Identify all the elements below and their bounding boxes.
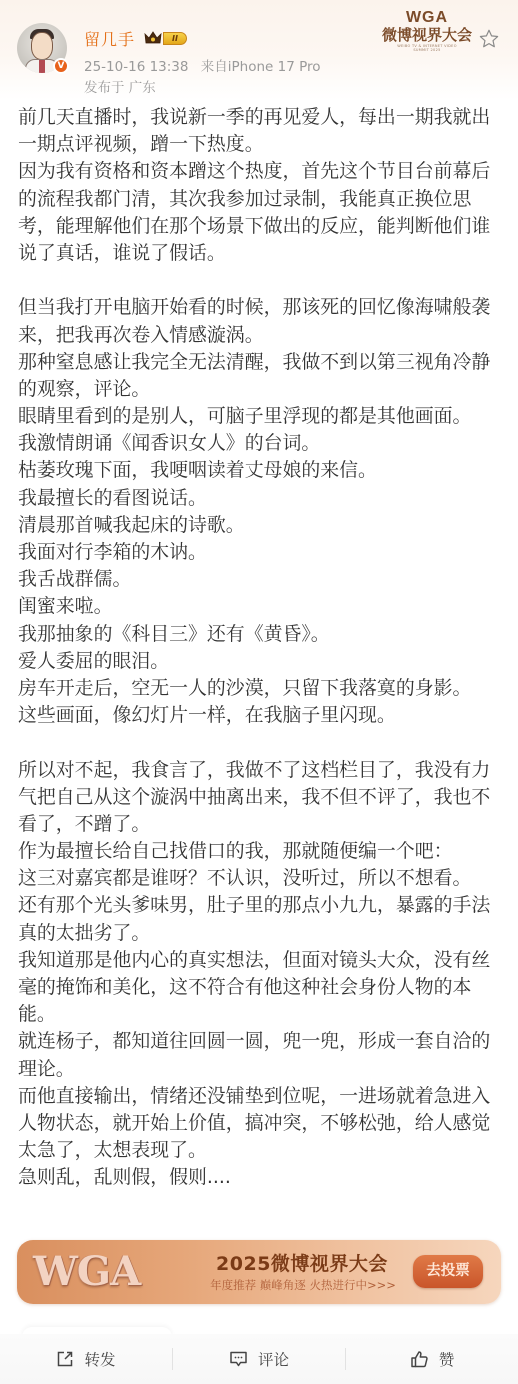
share-icon	[56, 1350, 74, 1368]
post-line: 这三对嘉宾都是谁呀？不认识，没听过，所以不想看。	[18, 865, 502, 892]
post-meta: 25-10-16 13:38 来自iPhone 17 Pro	[84, 55, 321, 75]
repost-button[interactable]: 转发	[0, 1334, 172, 1384]
post-line: 考，能理解他们在那个场景下做出的反应，能判断他们谁	[18, 213, 502, 240]
post-line: 房车开走后，空无一人的沙漠，只留下我落寞的身影。	[18, 675, 502, 702]
vote-button[interactable]: 去投票	[413, 1255, 483, 1288]
post-line: 因为我有资格和资本蹭这个热度，首先这个节目台前幕后	[18, 158, 502, 185]
repost-label: 转发	[84, 1348, 115, 1370]
avatar-tie	[39, 60, 45, 73]
post-source: 来自iPhone 17 Pro	[201, 59, 321, 75]
post-line: 的观察，评论。	[18, 376, 502, 403]
post-line: 真的太拙劣了。	[18, 920, 502, 947]
post-line: 闺蜜来啦。	[18, 593, 502, 620]
weibo-post-page: V 留几手 II 25-10-16 13:38 来自iPhone 17 Pro …	[0, 0, 518, 1384]
wga-title: 微博视界大会	[382, 26, 472, 44]
blank-line	[18, 729, 502, 756]
post-line: 毫的掩饰和美化，这不符合有他这种社会身份人物的本	[18, 974, 502, 1001]
wga-mark: WGA	[382, 10, 472, 26]
post-line: 前几天直播时，我说新一季的再见爱人，每出一期我就出	[18, 104, 502, 131]
comment-button[interactable]: 评论	[173, 1334, 345, 1384]
post-line: 人物状态，就开始上价值，搞冲突，不够松弛，给人感觉	[18, 1110, 502, 1137]
banner-subtitle: 年度推荐 巅峰角逐 火热进行中>>>	[193, 1277, 413, 1293]
post-line: 急则乱，乱则假，假则....	[18, 1164, 502, 1191]
post-line: 我舌战群儒。	[18, 566, 502, 593]
post-line: 来，把我再次卷入情感漩涡。	[18, 322, 502, 349]
thumbs-up-icon	[410, 1350, 429, 1369]
post-line: 眼睛里看到的是别人，可脑子里浮现的都是其他画面。	[18, 403, 502, 430]
member-level-badge[interactable]: II	[144, 30, 187, 46]
post-line: 爱人委屈的眼泪。	[18, 648, 502, 675]
post-line: 作为最擅长给自己找借口的我，那就随便编一个吧：	[18, 838, 502, 865]
post-line: 说了真话，谁说了假话。	[18, 240, 502, 267]
post-line: 能。	[18, 1001, 502, 1028]
post-line: 看了，不蹭了。	[18, 811, 502, 838]
post-line: 但当我打开电脑开始看的时候，那该死的回忆像海啸般袭	[18, 294, 502, 321]
post-line: 一期点评视频，蹭一下热度。	[18, 131, 502, 158]
level-pill: II	[163, 32, 187, 45]
post-line: 我面对行李箱的木讷。	[18, 539, 502, 566]
action-bar: 转发 评论 赞	[0, 1334, 518, 1384]
post-line: 我那抽象的《科目三》还有《黄昏》。	[18, 621, 502, 648]
post-line: 而他直接输出，情绪还没铺垫到位呢，一进场就着急进入	[18, 1083, 502, 1110]
post-line: 这些画面，像幻灯片一样，在我脑子里闪现。	[18, 702, 502, 729]
wga-summit-logo[interactable]: WGA 微博视界大会 WEIBO TV & INTERNET VIDEO SUM…	[382, 10, 472, 55]
post-line: 太急了，太想表现了。	[18, 1137, 502, 1164]
post-line: 我激情朗诵《闻香识女人》的台词。	[18, 430, 502, 457]
banner-title: 2025微博视界大会	[207, 1249, 397, 1276]
post-line: 气把自己从这个漩涡中抽离出来，我不但不评了，我也不	[18, 784, 502, 811]
blank-line	[18, 267, 502, 294]
post-line: 枯萎玫瑰下面，我哽咽读着丈母娘的来信。	[18, 457, 502, 484]
comment-icon	[229, 1350, 248, 1368]
post-body: 前几天直播时，我说新一季的再见爱人，每出一期我就出 一期点评视频，蹭一下热度。 …	[18, 104, 502, 1192]
verified-badge-icon: V	[53, 58, 69, 74]
banner-wga-logo: WGA	[33, 1250, 163, 1294]
wga-promo-banner[interactable]: WGA 2025微博视界大会 年度推荐 巅峰角逐 火热进行中>>> 去投票	[17, 1240, 501, 1304]
post-header: V 留几手 II 25-10-16 13:38 来自iPhone 17 Pro …	[0, 0, 518, 100]
post-line: 那种窒息感让我完全无法清醒，我做不到以第三视角冷静	[18, 349, 502, 376]
author-name[interactable]: 留几手	[84, 27, 135, 50]
comment-label: 评论	[258, 1348, 289, 1370]
like-button[interactable]: 赞	[346, 1334, 518, 1384]
like-label: 赞	[439, 1348, 455, 1370]
post-datetime: 25-10-16 13:38	[84, 59, 188, 75]
post-line: 所以对不起，我食言了，我做不了这档栏目了，我没有力	[18, 757, 502, 784]
post-line: 清晨那首喊我起床的诗歌。	[18, 512, 502, 539]
post-line: 的流程我都门清，其次我参加过录制，我能真正换位思	[18, 186, 502, 213]
post-line: 还有那个光头爹味男，肚子里的那点小九九，暴露的手法	[18, 892, 502, 919]
wga-subtitle-2: SUMMIT 2025	[382, 48, 472, 52]
post-location: 发布于 广东	[84, 76, 156, 96]
crown-icon	[144, 31, 162, 45]
avatar-face	[31, 32, 53, 60]
star-outline-icon[interactable]	[478, 28, 500, 50]
post-line: 我最擅长的看图说话。	[18, 485, 502, 512]
post-line: 就连杨子，都知道往回圆一圆，兜一兜，形成一套自洽的	[18, 1028, 502, 1055]
post-line: 理论。	[18, 1056, 502, 1083]
post-line: 我知道那是他内心的真实想法，但面对镜头大众，没有丝	[18, 947, 502, 974]
